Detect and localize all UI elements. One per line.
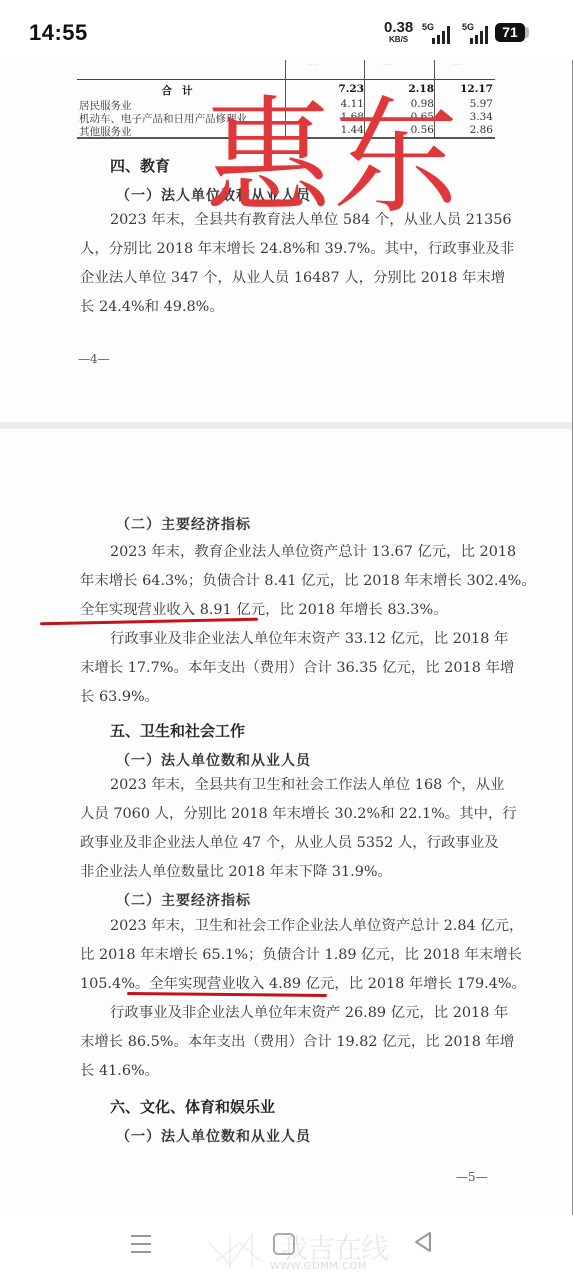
signal-icon-sim2: 5G <box>458 22 490 44</box>
battery-level: 71 <box>495 23 525 42</box>
network-speed-value: 0.38 <box>384 20 413 35</box>
table-rule <box>77 79 495 80</box>
subsection-title: （一）法人单位数和从业人员 <box>116 750 311 770</box>
network-speed-unit: KB/S <box>384 36 413 44</box>
clock: 14:55 <box>29 20 88 46</box>
subsection-title: （二）主要经济指标 <box>116 890 251 910</box>
paragraph: 行政事业及非企业法人单位年末资产 33.12 亿元，比 2018 年 末增长 1… <box>80 625 496 712</box>
document-viewer[interactable]: 一一 一一 一一 合计 7.23 2.18 12.17 居民服务业 4.11 0… <box>0 60 572 1215</box>
page-number: —4— <box>78 352 110 366</box>
menu-icon[interactable] <box>131 1235 151 1253</box>
section-title-culture: 六、文化、体育和娱乐业 <box>110 1096 275 1117</box>
site-logo-icon <box>200 1221 280 1277</box>
paragraph: 2023 年末，全县共有卫生和社会工作法人单位 168 个，从业 人员 7060… <box>80 771 496 887</box>
page-divider <box>0 422 572 429</box>
battery-icon: 71 <box>495 23 525 42</box>
navigation-bar: 我吉在线 WWW.GDMM.COM <box>0 1215 573 1280</box>
page-number: —5— <box>456 1170 488 1184</box>
network-speed: 0.38 KB/S <box>384 20 413 44</box>
subsection-title: （二）主要经济指标 <box>116 514 251 534</box>
paragraph: 行政事业及非企业法人单位年末资产 26.89 亿元，比 2018 年 末增长 8… <box>80 999 496 1086</box>
signal-icon-sim1: 5G <box>422 22 454 44</box>
section-title-health: 五、卫生和社会工作 <box>110 720 245 741</box>
status-bar: 14:55 0.38 KB/S 5G 5G 71 <box>0 0 573 60</box>
paragraph: 2023 年末，卫生和社会工作企业法人单位资产总计 2.84 亿元， 比 201… <box>80 912 496 999</box>
home-icon[interactable] <box>273 1233 295 1255</box>
section-title-education: 四、教育 <box>110 155 170 176</box>
back-icon[interactable] <box>413 1231 433 1253</box>
subsection-title: （一）法人单位数和从业人员 <box>116 1126 311 1146</box>
watermark-text: 惠东 <box>205 95 461 221</box>
paragraph: 2023 年末，教育企业法人单位资产总计 13.67 亿元，比 2018 年末增… <box>80 538 496 625</box>
